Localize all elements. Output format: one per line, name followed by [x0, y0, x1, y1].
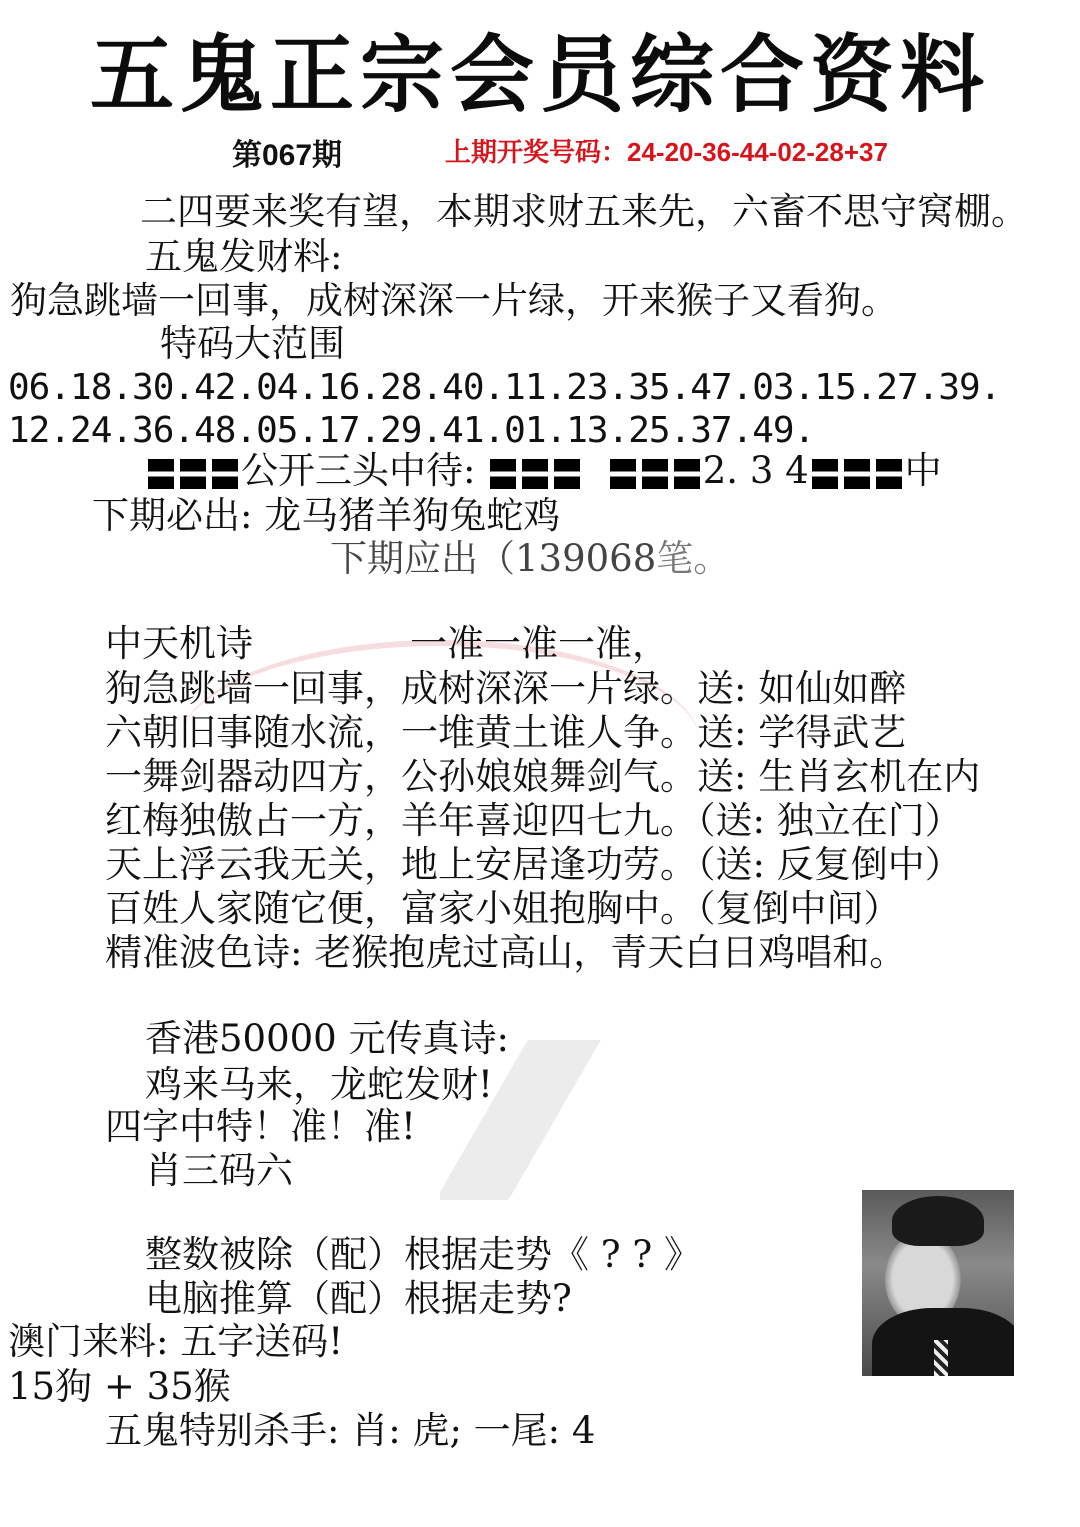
last-draw: 上期开奖号码：24-20-36-44-02-28+37	[445, 132, 888, 169]
three-heads-digits: 2. 3 4	[703, 449, 809, 492]
issue-number: 第067期	[232, 130, 342, 174]
redaction-block	[642, 459, 668, 489]
oracle-line-2: 六朝旧事随水流，一堆黄土谁人争。送: 学得武艺	[105, 714, 906, 751]
oracle-line-7: 精准波色诗: 老猴抱虎过高山，青天白日鸡唱和。	[105, 934, 906, 971]
redaction-block	[674, 459, 700, 489]
macau-value: 15狗 + 35猴	[8, 1368, 231, 1405]
three-heads-line: 公开三头中待: 2. 3 4中	[145, 452, 942, 489]
redaction-block	[522, 459, 548, 489]
oracle-line-6: 百姓人家随它便，富家小姐抱胸中。（复倒中间）	[105, 890, 901, 927]
redaction-block	[610, 459, 636, 489]
redaction-block	[490, 459, 516, 489]
redaction-block	[180, 459, 206, 489]
photo-tie	[934, 1340, 948, 1376]
redaction-block	[844, 459, 870, 489]
oracle-title: 中天机诗	[105, 625, 253, 662]
oracle-line-3: 一舞剑器动四方，公孙娘娘舞剑气。送: 生肖玄机在内	[105, 758, 980, 795]
three-heads-label: 公开三头中待:	[241, 449, 475, 492]
should-out-line: 下期应出（139068笔。	[330, 540, 730, 577]
intro-poem: 二四要来奖有望，本期求财五来先，六畜不思守窝棚。	[140, 193, 1028, 230]
range-label: 特码大范围	[160, 325, 345, 362]
redaction-block	[876, 459, 902, 489]
redaction-block	[148, 459, 174, 489]
range-numbers-row-1: 06.18.30.42.04.16.28.40.11.23.35.47.03.1…	[8, 367, 1000, 408]
portrait-photo	[862, 1190, 1014, 1376]
last-draw-numbers: 24-20-36-44-02-28+37	[627, 137, 888, 167]
redaction-block	[812, 459, 838, 489]
should-out-text: 下期应出（139068	[330, 537, 656, 580]
oracle-line-4: 红梅独傲占一方，羊年喜迎四七九。（送: 独立在门）	[105, 802, 962, 839]
range-numbers-row-2: 12.24.36.48.05.17.29.41.01.13.25.37.49.	[8, 410, 814, 451]
hk-fax-line-2: 四字中特！准！准!	[105, 1108, 416, 1145]
redaction-block	[554, 459, 580, 489]
special-killer: 五鬼特别杀手: 肖: 虎; 一尾: 4	[105, 1412, 595, 1449]
page-title: 五鬼正宗会员综合资料	[0, 8, 1080, 129]
trend-line-2: 电脑推算（配）根据走势?	[145, 1280, 572, 1317]
hk-fax-line-1: 鸡来马来，龙蛇发财!	[145, 1066, 493, 1103]
trend-line-1: 整数被除（配）根据走势《 ? ? 》	[145, 1236, 701, 1273]
three-heads-suffix: 中	[905, 449, 942, 492]
oracle-line-5: 天上浮云我无关，地上安居逢功劳。（送: 反复倒中）	[105, 846, 962, 883]
section-label: 五鬼发财料:	[145, 238, 342, 275]
oracle-subtitle: 一准一准一准，	[410, 625, 669, 662]
must-out-line: 下期必出: 龙马猪羊狗兔蛇鸡	[92, 497, 560, 534]
macau-label: 澳门来料: 五字送码!	[8, 1323, 343, 1360]
oracle-line-1: 狗急跳墙一回事，成树深深一片绿。送: 如仙如醉	[105, 670, 906, 707]
last-draw-label: 上期开奖号码：	[445, 137, 627, 167]
must-out-value: 龙马猪羊狗兔蛇鸡	[264, 494, 560, 537]
hk-fax-title: 香港50000 元传真诗:	[145, 1020, 509, 1057]
redaction-block	[212, 459, 238, 489]
must-out-label: 下期必出:	[92, 494, 252, 537]
hk-fax-line-3: 肖三码六	[145, 1152, 293, 1189]
should-out-tail: 笔。	[656, 537, 730, 580]
photo-hair	[892, 1196, 984, 1246]
riddle: 狗急跳墙一回事，成树深深一片绿，开来猴子又看狗。	[10, 282, 898, 319]
